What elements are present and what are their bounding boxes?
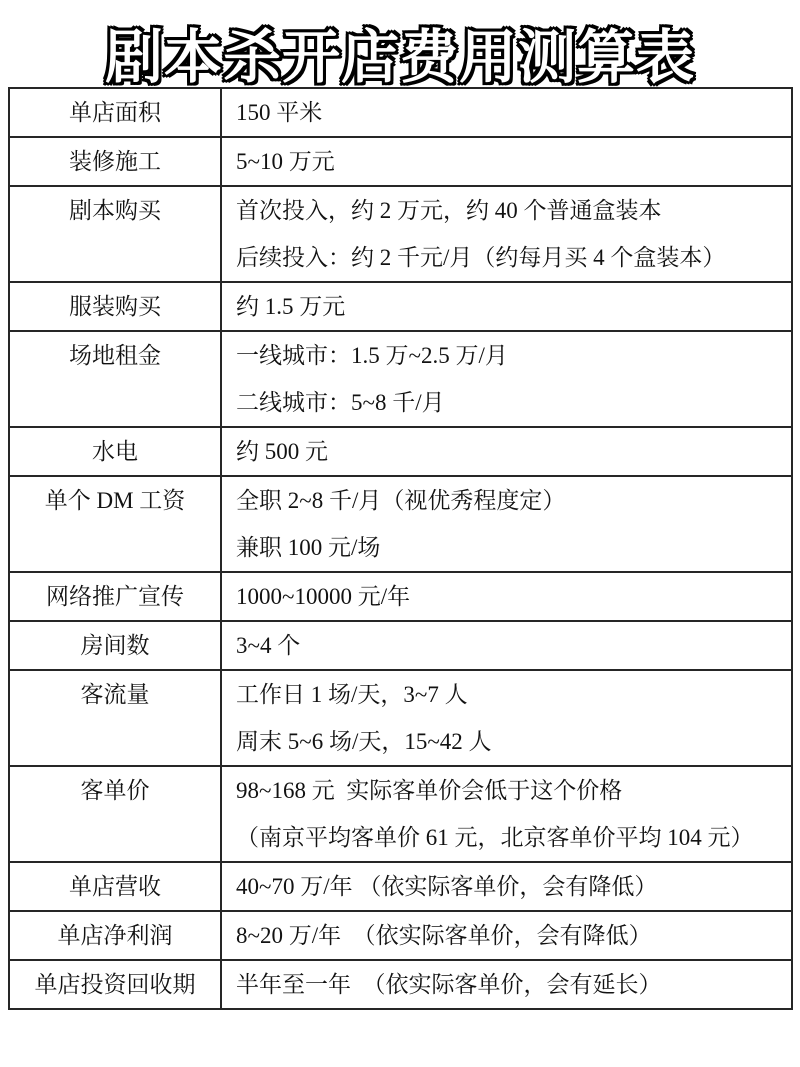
- table-row: 单店净利润 8~20 万/年 （依实际客单价，会有降低）: [9, 911, 792, 960]
- value-line: 约 1.5 万元: [236, 283, 781, 330]
- row-label: 单店面积: [9, 88, 221, 137]
- row-value: 半年至一年 （依实际客单价，会有延长）: [221, 960, 792, 1009]
- value-line: 首次投入，约 2 万元，约 40 个普通盒装本: [236, 187, 781, 234]
- value-line: 二线城市：5~8 千/月: [236, 379, 781, 426]
- value-line: 40~70 万/年 （依实际客单价，会有降低）: [236, 863, 781, 910]
- row-value: 1000~10000 元/年: [221, 572, 792, 621]
- value-line: 全职 2~8 千/月（视优秀程度定）: [236, 477, 781, 524]
- cost-table-body: 单店面积 150 平米 装修施工 5~10 万元 剧本购买 首次投入，约 2 万…: [9, 88, 792, 1009]
- value-line: 8~20 万/年 （依实际客单价，会有降低）: [236, 912, 781, 959]
- row-label: 房间数: [9, 621, 221, 670]
- value-line: 5~10 万元: [236, 138, 781, 185]
- row-value: 8~20 万/年 （依实际客单价，会有降低）: [221, 911, 792, 960]
- row-label: 单个 DM 工资: [9, 476, 221, 572]
- table-row: 场地租金 一线城市：1.5 万~2.5 万/月二线城市：5~8 千/月: [9, 331, 792, 427]
- row-value: 工作日 1 场/天，3~7 人周末 5~6 场/天，15~42 人: [221, 670, 792, 766]
- row-value: 150 平米: [221, 88, 792, 137]
- table-row: 装修施工 5~10 万元: [9, 137, 792, 186]
- page: 剧本杀开店费用测算表 单店面积 150 平米 装修施工 5~10 万元 剧本购买…: [0, 0, 800, 1067]
- row-label: 客流量: [9, 670, 221, 766]
- row-value: 首次投入，约 2 万元，约 40 个普通盒装本后续投入：约 2 千元/月（约每月…: [221, 186, 792, 282]
- table-row: 客流量 工作日 1 场/天，3~7 人周末 5~6 场/天，15~42 人: [9, 670, 792, 766]
- value-line: 周末 5~6 场/天，15~42 人: [236, 718, 781, 765]
- value-line: 半年至一年 （依实际客单价，会有延长）: [236, 961, 781, 1008]
- table-row: 单个 DM 工资 全职 2~8 千/月（视优秀程度定）兼职 100 元/场: [9, 476, 792, 572]
- row-value: 全职 2~8 千/月（视优秀程度定）兼职 100 元/场: [221, 476, 792, 572]
- table-row: 服装购买 约 1.5 万元: [9, 282, 792, 331]
- row-label: 客单价: [9, 766, 221, 862]
- value-line: 一线城市：1.5 万~2.5 万/月: [236, 332, 781, 379]
- value-line: 约 500 元: [236, 428, 781, 475]
- value-line: 150 平米: [236, 89, 781, 136]
- table-row: 剧本购买 首次投入，约 2 万元，约 40 个普通盒装本后续投入：约 2 千元/…: [9, 186, 792, 282]
- value-line: 1000~10000 元/年: [236, 573, 781, 620]
- table-row: 单店面积 150 平米: [9, 88, 792, 137]
- row-label: 服装购买: [9, 282, 221, 331]
- row-label: 单店净利润: [9, 911, 221, 960]
- row-label: 场地租金: [9, 331, 221, 427]
- row-value: 5~10 万元: [221, 137, 792, 186]
- value-line: 兼职 100 元/场: [236, 524, 781, 571]
- value-line: （南京平均客单价 61 元，北京客单价平均 104 元）: [236, 814, 781, 861]
- row-label: 水电: [9, 427, 221, 476]
- value-line: 98~168 元 实际客单价会低于这个价格: [236, 767, 781, 814]
- page-title: 剧本杀开店费用测算表: [0, 0, 800, 86]
- table-row: 客单价 98~168 元 实际客单价会低于这个价格（南京平均客单价 61 元，北…: [9, 766, 792, 862]
- row-label: 网络推广宣传: [9, 572, 221, 621]
- table-row: 单店营收 40~70 万/年 （依实际客单价，会有降低）: [9, 862, 792, 911]
- row-label: 单店投资回收期: [9, 960, 221, 1009]
- row-value: 3~4 个: [221, 621, 792, 670]
- row-label: 装修施工: [9, 137, 221, 186]
- row-value: 40~70 万/年 （依实际客单价，会有降低）: [221, 862, 792, 911]
- table-row: 网络推广宣传 1000~10000 元/年: [9, 572, 792, 621]
- value-line: 后续投入：约 2 千元/月（约每月买 4 个盒装本）: [236, 234, 781, 281]
- value-line: 3~4 个: [236, 622, 781, 669]
- row-value: 约 1.5 万元: [221, 282, 792, 331]
- row-label: 单店营收: [9, 862, 221, 911]
- row-value: 约 500 元: [221, 427, 792, 476]
- value-line: 工作日 1 场/天，3~7 人: [236, 671, 781, 718]
- cost-table: 单店面积 150 平米 装修施工 5~10 万元 剧本购买 首次投入，约 2 万…: [8, 87, 793, 1010]
- table-row: 水电 约 500 元: [9, 427, 792, 476]
- table-row: 单店投资回收期 半年至一年 （依实际客单价，会有延长）: [9, 960, 792, 1009]
- row-label: 剧本购买: [9, 186, 221, 282]
- row-value: 98~168 元 实际客单价会低于这个价格（南京平均客单价 61 元，北京客单价…: [221, 766, 792, 862]
- row-value: 一线城市：1.5 万~2.5 万/月二线城市：5~8 千/月: [221, 331, 792, 427]
- table-row: 房间数 3~4 个: [9, 621, 792, 670]
